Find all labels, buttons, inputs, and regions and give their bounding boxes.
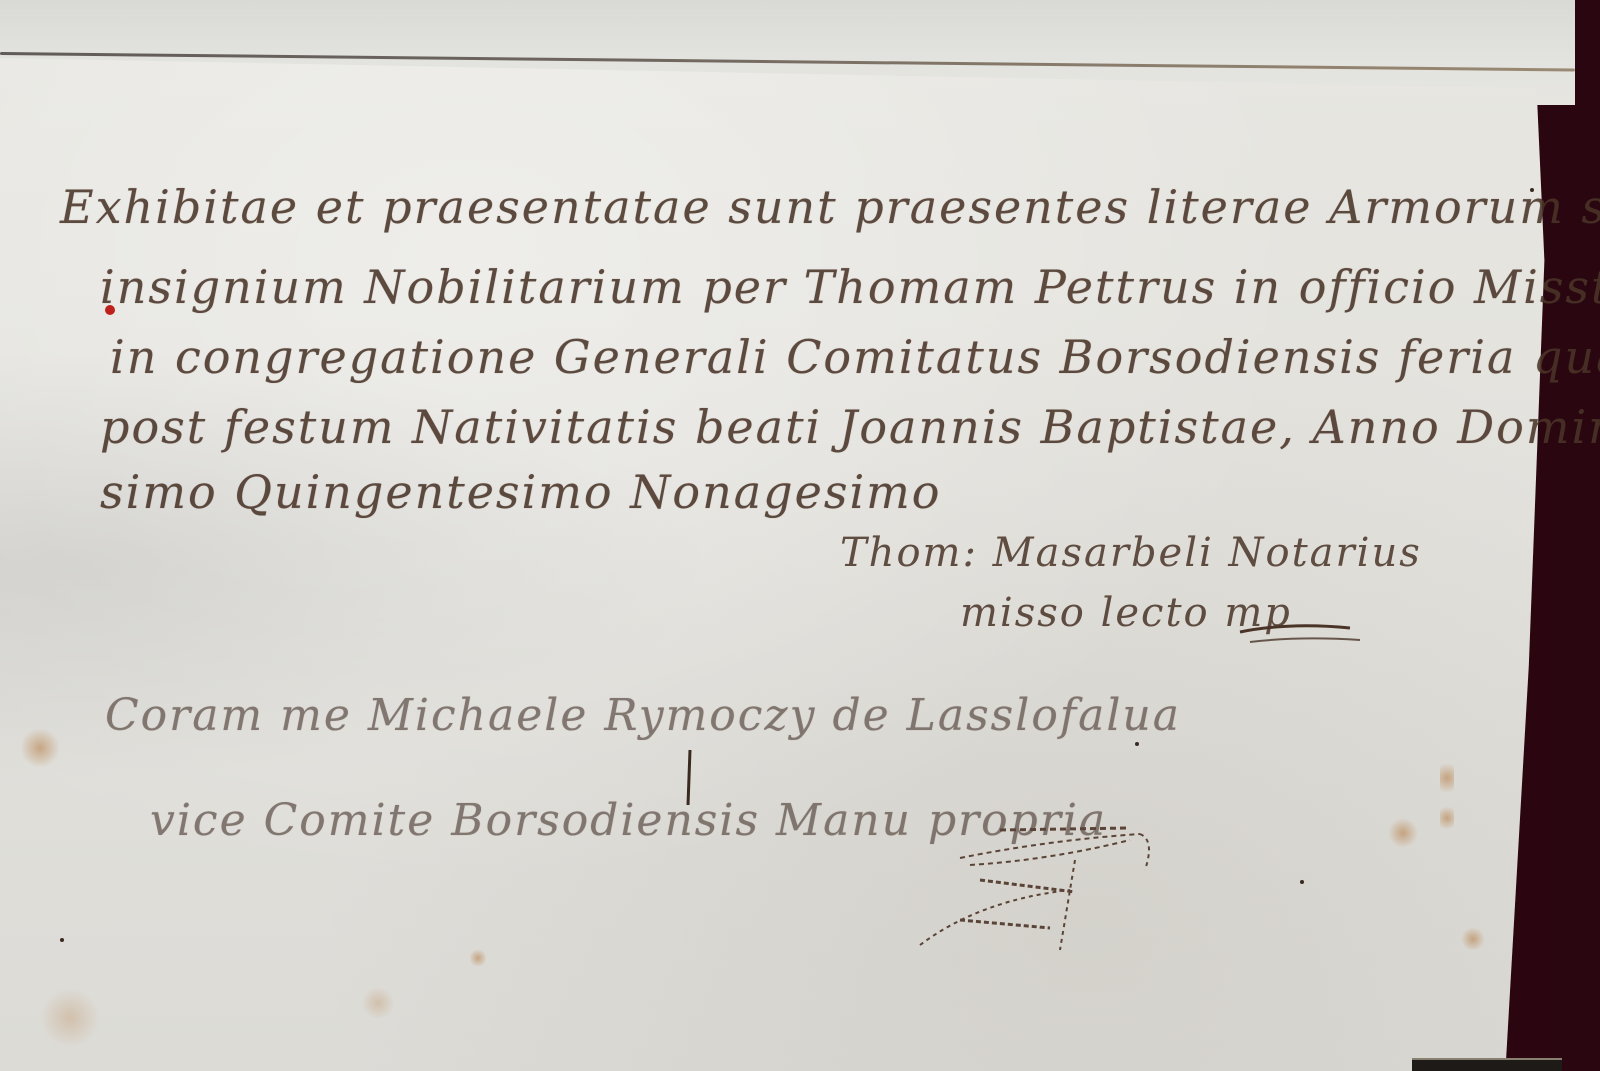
text-line: in congregatione Generali Comitatus Bors…: [110, 330, 1600, 384]
text-line: insignium Nobilitarium per Thomam Pettru…: [100, 260, 1600, 314]
witness-line: Coram me Michaele Rymoczy de Lasslofalua: [105, 690, 1181, 741]
manuscript-photo: Exhibitae et praesentatae sunt praesente…: [0, 0, 1600, 1071]
text-line: Exhibitae et praesentatae sunt praesente…: [60, 180, 1600, 234]
rust-stain: [1460, 928, 1486, 950]
rust-stain: [1440, 758, 1454, 798]
notary-signature-name: Thom: Masarbeli Notarius: [840, 530, 1422, 576]
rust-stain: [1440, 803, 1454, 833]
rust-stain: [40, 988, 100, 1048]
signature-flourish-icon: [900, 820, 1220, 960]
ink-speck: [1135, 742, 1139, 746]
text-line: simo Quingentesimo Nonagesimo: [100, 465, 941, 519]
ink-stroke: [680, 750, 700, 810]
ink-speck: [60, 938, 64, 942]
text-line: post festum Nativitatis beati Joannis Ba…: [100, 400, 1600, 454]
notary-flourish-icon: [1230, 600, 1370, 650]
rust-stain: [470, 948, 486, 968]
rust-stain: [360, 988, 396, 1018]
rust-stain: [1388, 818, 1418, 848]
rust-stain: [20, 728, 60, 768]
frame-clip: [1412, 1058, 1562, 1071]
ink-speck: [1300, 880, 1304, 884]
